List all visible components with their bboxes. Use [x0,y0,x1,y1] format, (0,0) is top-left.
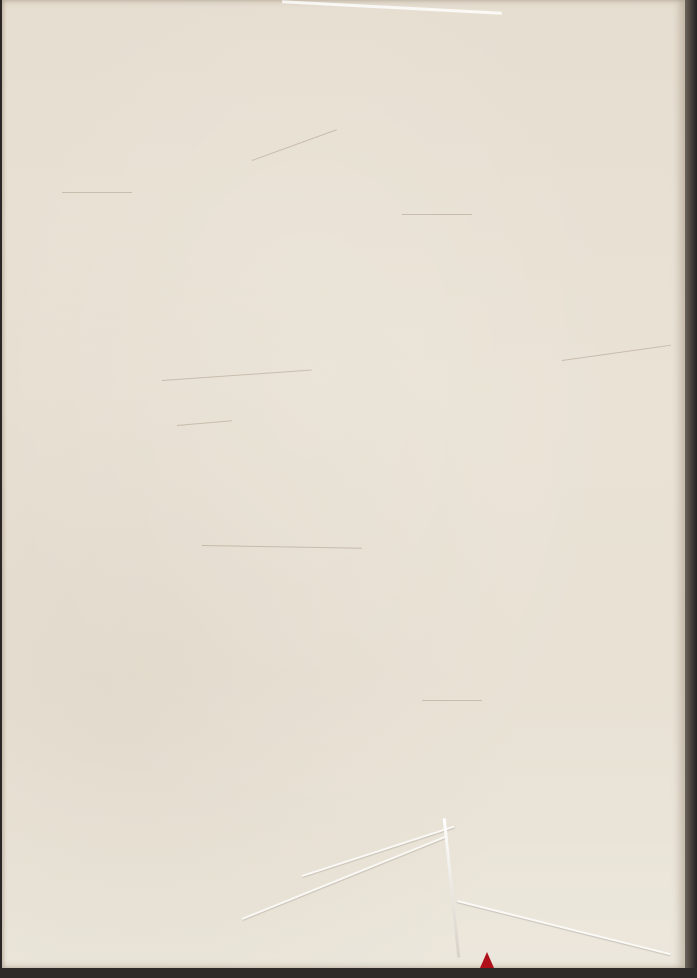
spine-shadow [685,0,697,978]
bottom-edge [0,968,697,978]
scratch [402,214,472,215]
scratch [422,700,482,701]
scratch [162,370,312,381]
tear [443,818,461,958]
scratch [252,129,337,161]
scratch [177,420,232,426]
book-cover [2,0,686,968]
scratch [202,545,362,549]
crease [302,826,455,877]
scratch [62,192,132,193]
red-endpaper-tab [480,952,494,968]
crease [457,900,671,955]
scratch [562,345,671,361]
top-wrinkle [282,0,502,15]
crease [242,836,447,920]
